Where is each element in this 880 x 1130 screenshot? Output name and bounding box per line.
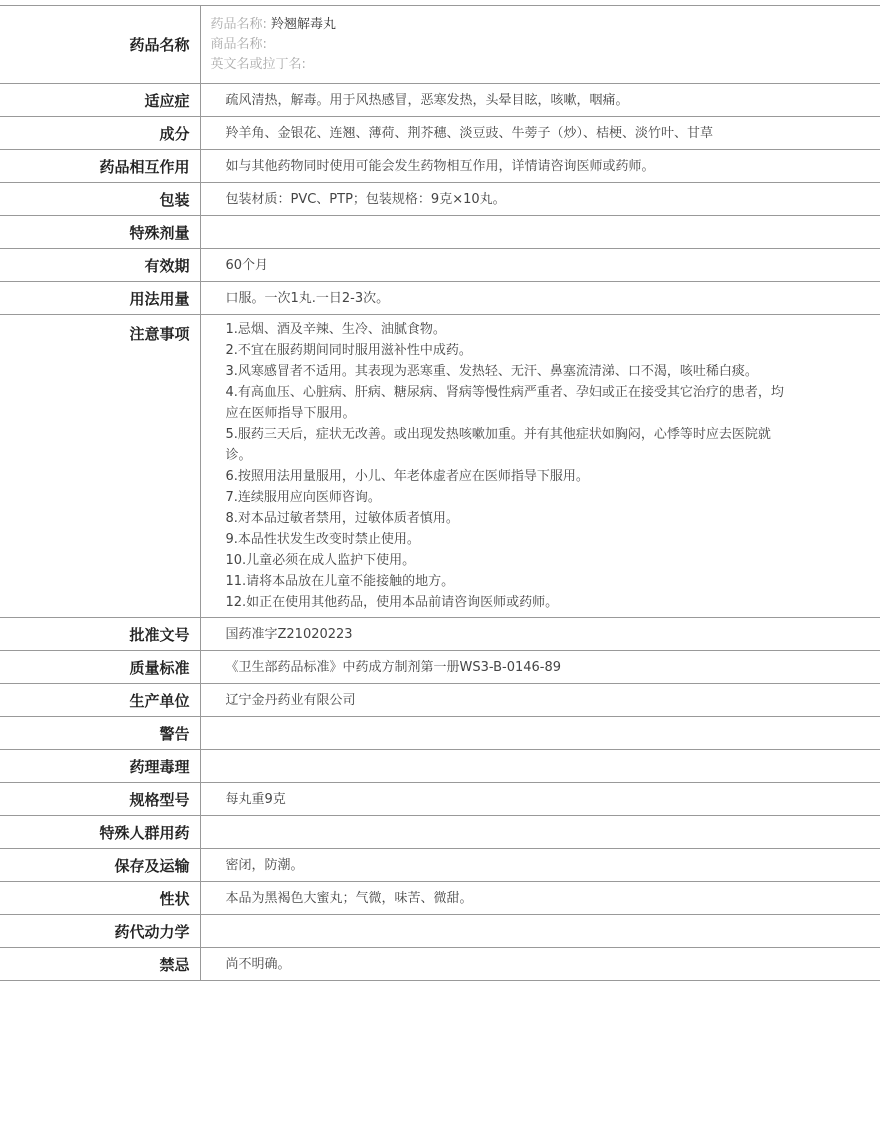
precautions-list: 1.忌烟、酒及辛辣、生冷、油腻食物。 2.不宜在服药期间同时服用滋补性中成药。 … (226, 319, 786, 613)
trade-name-line: 商品名称: (211, 35, 880, 55)
row-label: 批准文号 (0, 618, 200, 651)
precaution-item: 11.请将本品放在儿童不能接触的地方。 (226, 571, 786, 592)
row-label: 特殊人群用药 (0, 816, 200, 849)
row-value: 辽宁金丹药业有限公司 (200, 684, 880, 717)
row-value (200, 816, 880, 849)
row-label: 生产单位 (0, 684, 200, 717)
row-value (200, 717, 880, 750)
row-label: 禁忌 (0, 948, 200, 981)
row-approval-number: 批准文号 国药准字Z21020223 (0, 618, 880, 651)
row-label: 规格型号 (0, 783, 200, 816)
row-label: 注意事项 (0, 315, 200, 618)
drug-spec-table: 药品名称 药品名称: 羚翘解毒丸 商品名称: 英文名或拉丁名: 适应症 疏风清热… (0, 5, 880, 981)
row-value: 疏风清热，解毒。用于风热感冒，恶寒发热，头晕目眩，咳嗽，咽痛。 (200, 84, 880, 117)
row-label: 适应症 (0, 84, 200, 117)
precaution-item: 7.连续服用应向医师咨询。 (226, 487, 786, 508)
row-label: 性状 (0, 882, 200, 915)
row-quality-standard: 质量标准 《卫生部药品标准》中药成方制剂第一册WS3-B-0146-89 (0, 651, 880, 684)
row-drug-name: 药品名称 药品名称: 羚翘解毒丸 商品名称: 英文名或拉丁名: (0, 6, 880, 84)
row-value: 包装材质：PVC、PTP；包装规格：9克×10丸。 (200, 183, 880, 216)
row-label: 药代动力学 (0, 915, 200, 948)
row-special-populations: 特殊人群用药 (0, 816, 880, 849)
row-label: 警告 (0, 717, 200, 750)
row-label: 有效期 (0, 249, 200, 282)
row-shelf-life: 有效期 60个月 (0, 249, 880, 282)
row-value: 尚不明确。 (200, 948, 880, 981)
row-label: 质量标准 (0, 651, 200, 684)
row-value: 密闭，防潮。 (200, 849, 880, 882)
row-pharmacokinetics: 药代动力学 (0, 915, 880, 948)
row-value: 羚羊角、金银花、连翘、薄荷、荆芥穗、淡豆豉、牛蒡子（炒）、桔梗、淡竹叶、甘草 (200, 117, 880, 150)
row-label: 保存及运输 (0, 849, 200, 882)
row-label: 特殊剂量 (0, 216, 200, 249)
row-manufacturer: 生产单位 辽宁金丹药业有限公司 (0, 684, 880, 717)
row-label: 包装 (0, 183, 200, 216)
precaution-item: 8.对本品过敏者禁用，过敏体质者慎用。 (226, 508, 786, 529)
precautions-cell: 1.忌烟、酒及辛辣、生冷、油腻食物。 2.不宜在服药期间同时服用滋补性中成药。 … (200, 315, 880, 618)
row-value: 口服。一次1丸.一日2-3次。 (200, 282, 880, 315)
row-value: 《卫生部药品标准》中药成方制剂第一册WS3-B-0146-89 (200, 651, 880, 684)
row-pharmacology: 药理毒理 (0, 750, 880, 783)
generic-name-key: 药品名称: (211, 17, 267, 32)
precaution-item: 12.如正在使用其他药品，使用本品前请咨询医师或药师。 (226, 592, 786, 613)
row-interactions: 药品相互作用 如与其他药物同时使用可能会发生药物相互作用，详情请咨询医师或药师。 (0, 150, 880, 183)
row-special-dosage: 特殊剂量 (0, 216, 880, 249)
row-value: 每丸重9克 (200, 783, 880, 816)
row-dosage: 用法用量 口服。一次1丸.一日2-3次。 (0, 282, 880, 315)
latin-name-key: 英文名或拉丁名: (211, 57, 306, 72)
row-storage: 保存及运输 密闭，防潮。 (0, 849, 880, 882)
row-warning: 警告 (0, 717, 880, 750)
row-packaging: 包装 包装材质：PVC、PTP；包装规格：9克×10丸。 (0, 183, 880, 216)
latin-name-line: 英文名或拉丁名: (211, 55, 880, 75)
row-value: 如与其他药物同时使用可能会发生药物相互作用，详情请咨询医师或药师。 (200, 150, 880, 183)
precaution-item: 6.按照用法用量服用，小儿、年老体虚者应在医师指导下服用。 (226, 466, 786, 487)
generic-name-line: 药品名称: 羚翘解毒丸 (211, 15, 880, 35)
row-value (200, 750, 880, 783)
row-value (200, 915, 880, 948)
row-contraindications: 禁忌 尚不明确。 (0, 948, 880, 981)
generic-name-value: 羚翘解毒丸 (271, 17, 336, 32)
row-label: 用法用量 (0, 282, 200, 315)
row-label: 药品相互作用 (0, 150, 200, 183)
row-value: 60个月 (200, 249, 880, 282)
row-specification: 规格型号 每丸重9克 (0, 783, 880, 816)
row-label: 药理毒理 (0, 750, 200, 783)
row-label: 成分 (0, 117, 200, 150)
precaution-item: 10.儿童必须在成人监护下使用。 (226, 550, 786, 571)
precaution-item: 5.服药三天后，症状无改善。或出现发热咳嗽加重。并有其他症状如胸闷，心悸等时应去… (226, 424, 786, 466)
precaution-item: 1.忌烟、酒及辛辣、生冷、油腻食物。 (226, 319, 786, 340)
precaution-item: 2.不宜在服药期间同时服用滋补性中成药。 (226, 340, 786, 361)
row-value: 国药准字Z21020223 (200, 618, 880, 651)
row-precautions: 注意事项 1.忌烟、酒及辛辣、生冷、油腻食物。 2.不宜在服药期间同时服用滋补性… (0, 315, 880, 618)
drug-name-cell: 药品名称: 羚翘解毒丸 商品名称: 英文名或拉丁名: (200, 6, 880, 84)
precaution-item: 3.风寒感冒者不适用。其表现为恶寒重、发热轻、无汗、鼻塞流清涕、口不渴，咳吐稀白… (226, 361, 786, 382)
row-ingredients: 成分 羚羊角、金银花、连翘、薄荷、荆芥穗、淡豆豉、牛蒡子（炒）、桔梗、淡竹叶、甘… (0, 117, 880, 150)
row-description: 性状 本品为黑褐色大蜜丸；气微，味苦、微甜。 (0, 882, 880, 915)
row-indications: 适应症 疏风清热，解毒。用于风热感冒，恶寒发热，头晕目眩，咳嗽，咽痛。 (0, 84, 880, 117)
row-label: 药品名称 (0, 6, 200, 84)
row-value (200, 216, 880, 249)
precaution-item: 4.有高血压、心脏病、肝病、糖尿病、肾病等慢性病严重者、孕妇或正在接受其它治疗的… (226, 382, 786, 424)
trade-name-key: 商品名称: (211, 37, 267, 52)
precaution-item: 9.本品性状发生改变时禁止使用。 (226, 529, 786, 550)
row-value: 本品为黑褐色大蜜丸；气微，味苦、微甜。 (200, 882, 880, 915)
